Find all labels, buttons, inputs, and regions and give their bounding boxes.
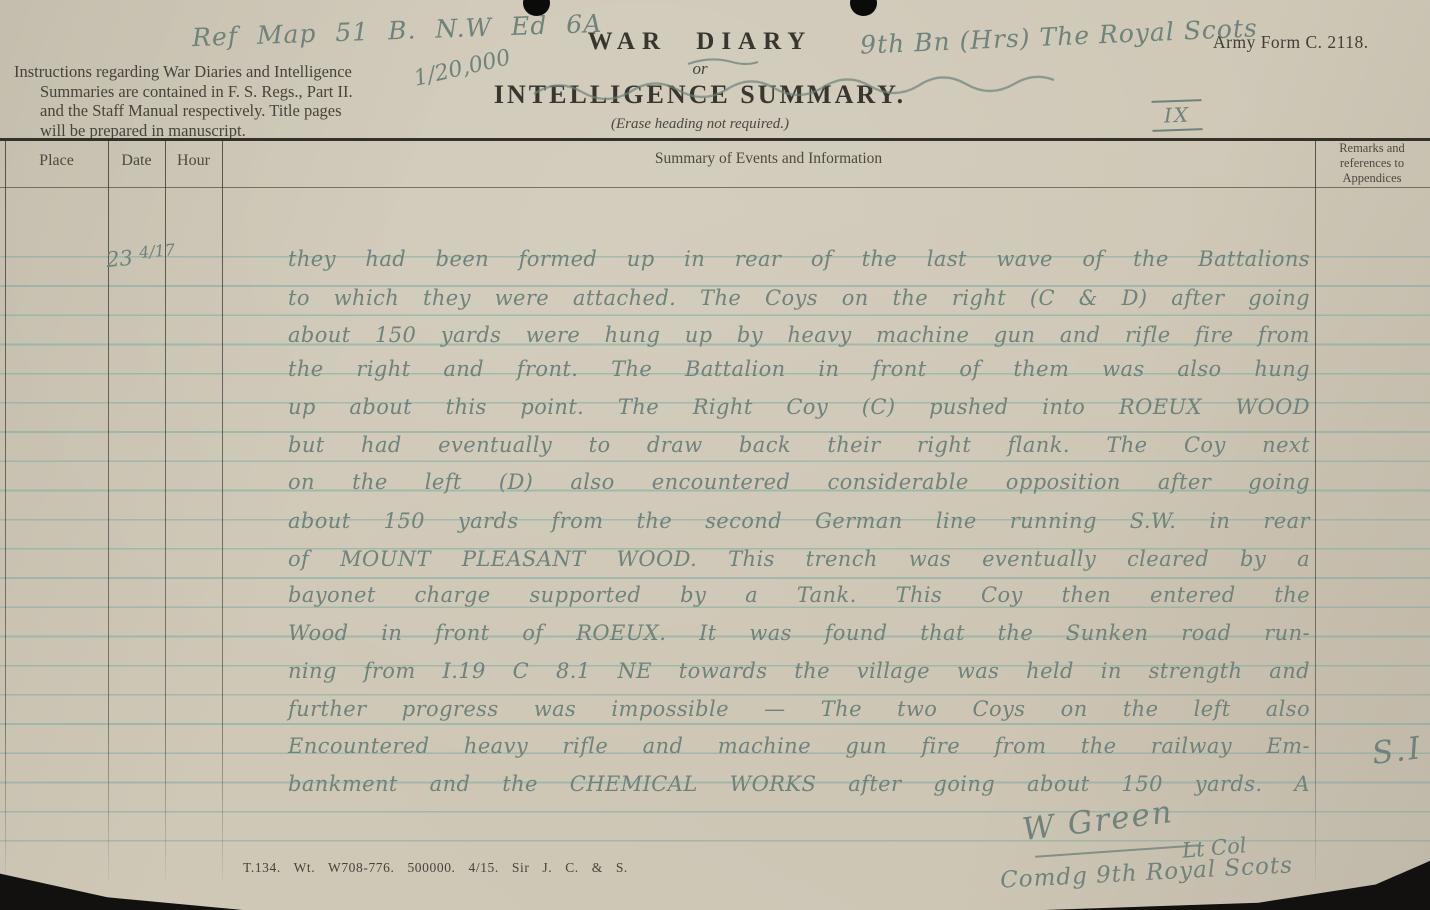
table-top-border <box>0 138 1430 141</box>
diary-entry-line: they had been formed up in rear of the l… <box>288 246 1310 272</box>
instructions-line: Summaries are contained in F. S. Regs., … <box>14 82 404 102</box>
title-or: or <box>480 59 920 79</box>
column-header-summary: Summary of Events and Information <box>222 150 1315 168</box>
diary-entry-line: about 150 yards from the second German l… <box>288 508 1310 534</box>
form-title-block: WAR DIARY or INTELLIGENCE SUMMARY. (Eras… <box>480 28 920 133</box>
column-line-hour-summary <box>222 141 223 881</box>
instructions-line: and the Staff Manual respectively. Title… <box>14 101 404 121</box>
instructions-line: Instructions regarding War Diaries and I… <box>14 62 404 82</box>
diary-entry-line: up about this point. The Right Coy (C) p… <box>288 394 1310 420</box>
diary-entry-line: of MOUNT PLEASANT WOOD. This trench was … <box>288 546 1310 572</box>
diary-entry-line: bankment and the CHEMICAL WORKS after go… <box>288 771 1310 797</box>
table-header-divider <box>0 187 1430 188</box>
column-line-left-edge <box>5 141 6 881</box>
diary-entry-line: Encountered heavy rifle and machine gun … <box>288 733 1310 759</box>
column-header-date: Date <box>108 152 165 170</box>
printers-imprint: T.134. Wt. W708-776. 500000. 4/15. Sir J… <box>243 860 628 876</box>
diary-entry-line: on the left (D) also encountered conside… <box>288 469 1310 495</box>
title-erase-note: (Erase heading not required.) <box>480 116 920 133</box>
handwritten-margin-initials: S.I <box>1370 730 1425 772</box>
diary-entry-line: further progress was impossible — The tw… <box>288 696 1310 722</box>
diary-entry-line: the right and front. The Battalion in fr… <box>288 356 1310 382</box>
column-line-summary-remarks <box>1315 141 1316 881</box>
instructions-block: Instructions regarding War Diaries and I… <box>14 62 404 140</box>
column-header-hour: Hour <box>165 152 222 170</box>
scanned-war-diary-page: Army Form C. 2118. WAR DIARY or INTELLIG… <box>0 0 1430 910</box>
diary-entry-line: ning from I.19 C 8.1 NE towards the vill… <box>288 658 1310 684</box>
diary-entry-line: about 150 yards were hung up by heavy ma… <box>288 322 1310 348</box>
diary-entry-line: bayonet charge supported by a Tank. This… <box>288 582 1310 608</box>
title-intelligence-summary: INTELLIGENCE SUMMARY. <box>480 80 920 110</box>
diary-entry-line: to which they were attached. The Coys on… <box>288 285 1310 311</box>
entry-date-month-year: 4/17 <box>138 240 175 262</box>
entry-date-day: 23 <box>105 246 134 272</box>
column-header-place: Place <box>5 152 108 170</box>
handwritten-page-number: IX <box>1151 99 1202 132</box>
diary-entry-line: but had eventually to draw back their ri… <box>288 432 1310 458</box>
column-header-remarks: Remarks and references to Appendices <box>1320 141 1424 186</box>
diary-entry-line: Wood in front of ROEUX. It was found tha… <box>288 620 1310 646</box>
